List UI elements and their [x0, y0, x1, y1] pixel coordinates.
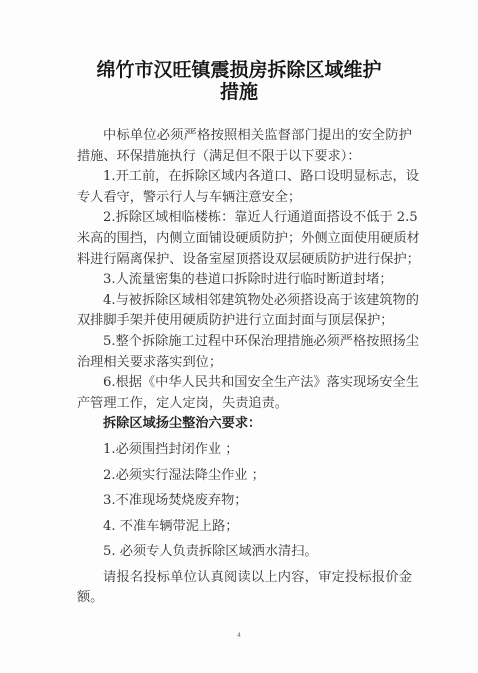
dust-item-4: 4. 不准车辆带泥上路；: [77, 517, 412, 538]
requirement-2: 2.拆除区域相临楼栋：靠近人行通道面搭设不低于 2.5: [77, 208, 412, 229]
document-body: 中标单位必须严格按照相关监督部门提出的安全防护 措施、环保措施执行（满足但不限于…: [77, 126, 412, 609]
requirement-2-cont: 米高的围挡，内侧立面铺设硬质防护；外侧立面使用硬质材: [77, 229, 412, 250]
requirement-5-cont: 治理相关要求落实到位；: [77, 353, 412, 374]
closing-paragraph: 请报名投标单位认真阅读以上内容，审定投标报价金: [77, 568, 412, 589]
requirement-5: 5.整个拆除施工过程中环保治理措施必须严格按照扬尘: [77, 332, 412, 353]
requirement-2-cont2: 料进行隔离保护、设备室屋顶搭设双层硬质防护进行保护；: [77, 250, 412, 271]
document-title-continued: 措施: [0, 81, 478, 103]
intro-paragraph: 中标单位必须严格按照相关监督部门提出的安全防护: [77, 126, 412, 147]
dust-item-3: 3.不准现场焚烧废弃物；: [77, 491, 412, 512]
requirement-6: 6.根据《中华人民共和国安全生产法》落实现场安全生: [77, 373, 412, 394]
requirement-4-cont: 双排脚手架并使用硬质防护进行立面封面与顶层保护；: [77, 311, 412, 332]
document-title: 绵竹市汉旺镇震损房拆除区域维护: [0, 59, 478, 81]
requirement-6-cont: 产管理工作，定人定岗，失责追责。: [77, 394, 412, 415]
document-page: 绵竹市汉旺镇震损房拆除区域维护 措施 中标单位必须严格按照相关监督部门提出的安全…: [0, 0, 478, 673]
page-number: 4: [0, 632, 478, 639]
dust-section-heading: 拆除区域扬尘整治六要求：: [77, 414, 412, 435]
dust-item-1: 1.必须围挡封闭作业 ；: [77, 440, 412, 461]
requirement-1-cont: 专人看守，警示行人与车辆注意安全；: [77, 188, 412, 209]
dust-item-2: 2.必须实行湿法降尘作业 ；: [77, 466, 412, 487]
closing-paragraph-cont: 额。: [77, 588, 412, 609]
intro-paragraph-cont: 措施、环保措施执行（满足但不限于以下要求）：: [77, 147, 412, 168]
requirement-3: 3.人流量密集的巷道口拆除时进行临时断道封堵；: [77, 270, 412, 291]
dust-item-5: 5. 必须专人负责拆除区域洒水清扫。: [77, 542, 412, 563]
requirement-1: 1.开工前，在拆除区域内各道口、路口设明显标志，设: [77, 167, 412, 188]
requirement-4: 4.与被拆除区域相邻建筑物处必须搭设高于该建筑物的: [77, 291, 412, 312]
